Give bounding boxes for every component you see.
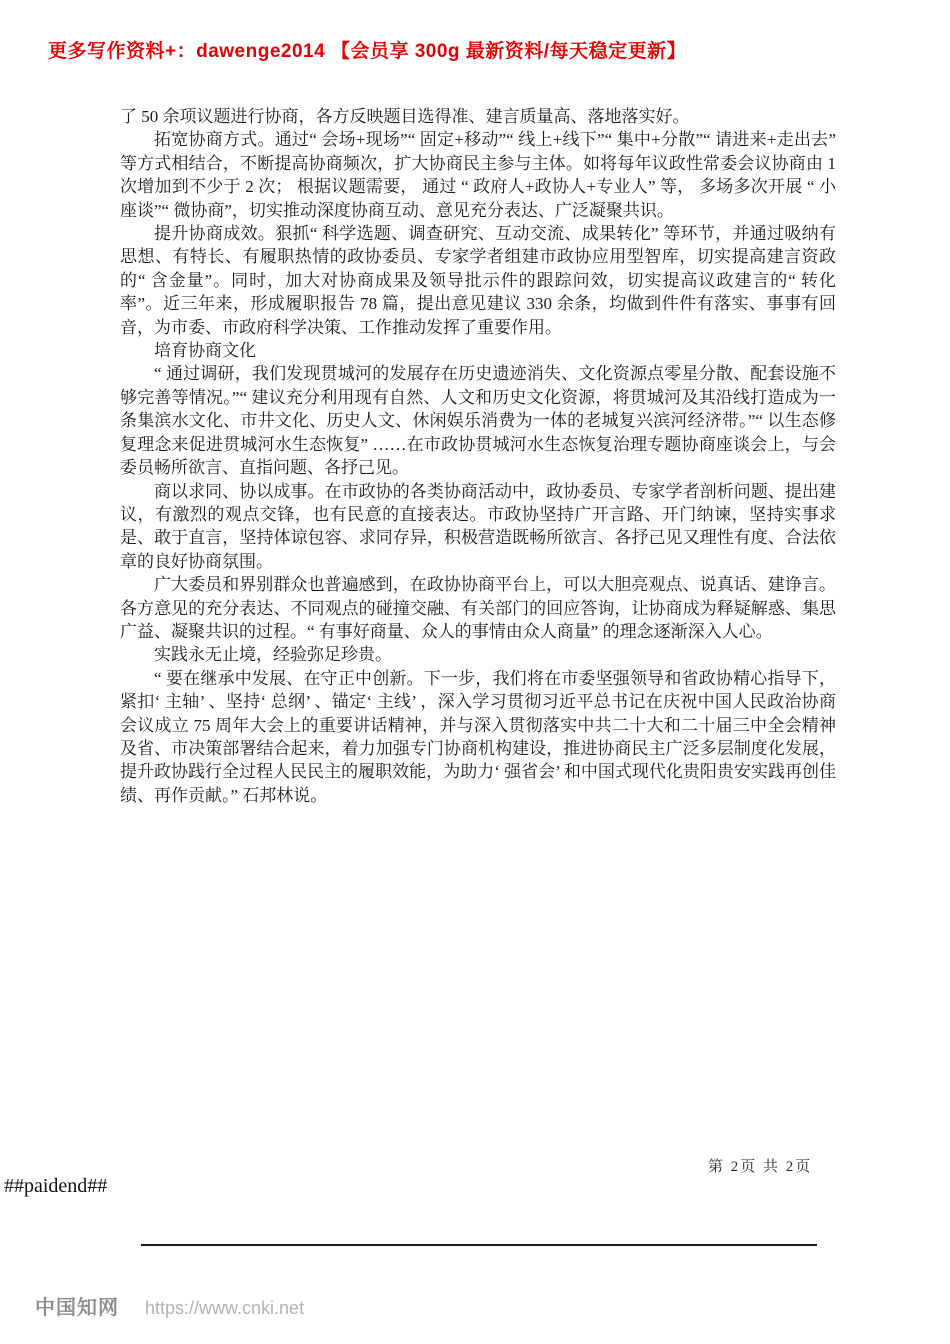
paragraph: “ 通过调研，我们发现贯城河的发展存在历史遗迹消失、文化资源点零星分散、配套设施… [120, 362, 836, 479]
cnki-logo-text: 中国知网 [35, 1291, 119, 1320]
section-heading: 培育协商文化 [120, 339, 836, 362]
footer-divider [141, 1244, 817, 1246]
paragraph: 商以求同、协以成事。在市政协的各类协商活动中，政协委员、专家学者剖析问题、提出建… [120, 480, 836, 574]
paragraph: 提升协商成效。狠抓“ 科学选题、调查研究、互动交流、成果转化” 等环节，并通过吸… [120, 222, 836, 339]
cnki-watermark: 中国知网 https://www.cnki.net [35, 1291, 304, 1320]
promo-banner: 更多写作资料+：dawenge2014 【会员享 300g 最新资料/每天稳定更… [48, 36, 686, 63]
paid-end-marker: ##paidend## [4, 1175, 107, 1198]
paragraph: 实践永无止境，经验弥足珍贵。 [120, 643, 836, 666]
document-page: 更多写作资料+：dawenge2014 【会员享 300g 最新资料/每天稳定更… [0, 0, 950, 1344]
cnki-url: https://www.cnki.net [145, 1298, 304, 1319]
paragraph: 广大委员和界别群众也普遍感到，在政协协商平台上，可以大胆亮观点、说真话、建诤言。… [120, 573, 836, 643]
paragraph: 拓宽协商方式。通过“ 会场+现场”“ 固定+移动”“ 线上+线下”“ 集中+分散… [120, 128, 836, 222]
page-indicator: 第 2页 共 2页 [708, 1155, 812, 1176]
paragraph: “ 要在继承中发展、在守正中创新。下一步，我们将在市委坚强领导和省政协精心指导下… [120, 667, 836, 807]
document-body: 了 50 余项议题进行协商，各方反映题目选得准、建言质量高、落地落实好。 拓宽协… [120, 105, 836, 807]
paragraph: 了 50 余项议题进行协商，各方反映题目选得准、建言质量高、落地落实好。 [120, 105, 836, 128]
